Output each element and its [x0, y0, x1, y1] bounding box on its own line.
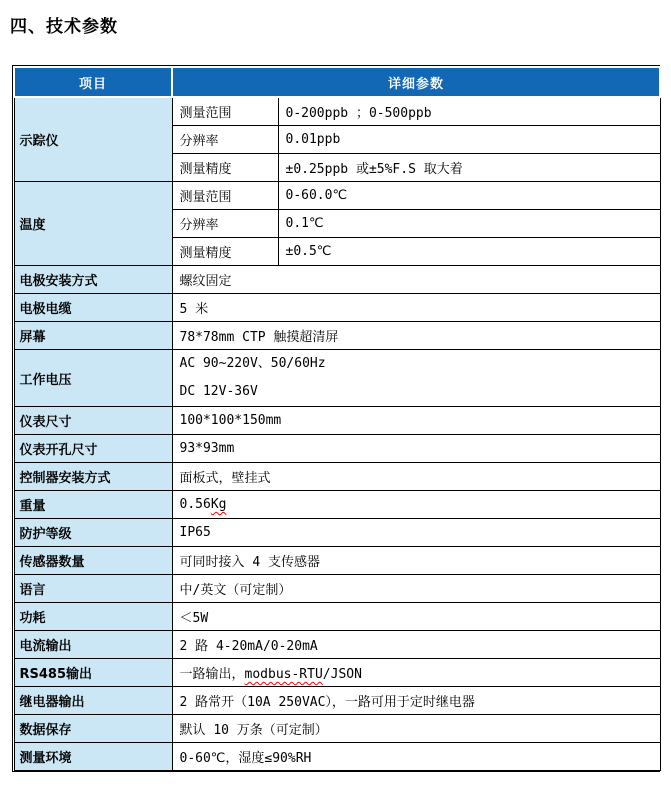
- table-row: 温度 测量范围 0-60.0℃: [14, 182, 660, 210]
- row-label: 仪表尺寸: [14, 407, 172, 435]
- param-value: 100*100*150mm: [172, 407, 660, 435]
- param-value: IP65: [172, 519, 660, 547]
- row-label: 工作电压: [14, 350, 172, 407]
- param-name: 测量范围: [172, 97, 278, 126]
- spellcheck-underlined-text: Kg: [211, 497, 227, 512]
- table-row: 测量环境 0-60℃，湿度≤90%RH: [14, 743, 660, 771]
- table-row: 仪表尺寸 100*100*150mm: [14, 407, 660, 435]
- table-header-row: 项目 详细参数: [14, 67, 660, 97]
- param-value: 0.01ppb: [278, 126, 660, 154]
- table-row: 数据保存 默认 10 万条（可定制）: [14, 715, 660, 743]
- table-row: 重量 0.56Kg: [14, 491, 660, 519]
- param-value: 默认 10 万条（可定制）: [172, 715, 660, 743]
- param-value: 78*78mm CTP 触摸超清屏: [172, 322, 660, 350]
- row-label: 测量环境: [14, 743, 172, 771]
- table-row: 工作电压 AC 90~220V、50/60Hz DC 12V-36V: [14, 350, 660, 407]
- param-value: ±0.25ppb 或±5%F.S 取大着: [278, 154, 660, 182]
- table-row: 屏幕 78*78mm CTP 触摸超清屏: [14, 322, 660, 350]
- row-label: 电极电缆: [14, 294, 172, 322]
- row-label-temperature: 温度: [14, 182, 172, 266]
- row-label: 继电器输出: [14, 687, 172, 715]
- page-title: 四、技术参数: [10, 12, 671, 37]
- table-row: 传感器数量 可同时接入 4 支传感器: [14, 547, 660, 575]
- param-value: AC 90~220V、50/60Hz DC 12V-36V: [172, 350, 660, 407]
- param-name: 测量精度: [172, 238, 278, 266]
- table-row: 电极安装方式 螺纹固定: [14, 266, 660, 294]
- table-row: 示踪仪 测量范围 0-200ppb ；0-500ppb: [14, 97, 660, 126]
- row-label: 传感器数量: [14, 547, 172, 575]
- table-row: 电极电缆 5 米: [14, 294, 660, 322]
- param-value: 面板式，壁挂式: [172, 463, 660, 491]
- row-label: 仪表开孔尺寸: [14, 435, 172, 463]
- value-text: 0.56: [180, 497, 211, 512]
- table-row: 功耗 ＜5W: [14, 603, 660, 631]
- param-name: 分辨率: [172, 126, 278, 154]
- param-name: 测量范围: [172, 182, 278, 210]
- param-value: 93*93mm: [172, 435, 660, 463]
- document-page: 四、技术参数 项目 详细参数 示踪仪 测量范围 0-200ppb ；0-500p…: [0, 0, 671, 786]
- row-label: RS485输出: [14, 659, 172, 687]
- row-label: 重量: [14, 491, 172, 519]
- param-value: 一路输出，modbus-RTU/JSON: [172, 659, 660, 687]
- table-row: 语言 中/英文（可定制）: [14, 575, 660, 603]
- param-value: 0-60.0℃: [278, 182, 660, 210]
- column-header-item: 项目: [14, 67, 172, 97]
- param-value: 0-60℃，湿度≤90%RH: [172, 743, 660, 771]
- column-header-params: 详细参数: [172, 67, 660, 97]
- table-row: 控制器安装方式 面板式，壁挂式: [14, 463, 660, 491]
- table-row: 防护等级 IP65: [14, 519, 660, 547]
- value-line-dc: DC 12V-36V: [173, 378, 660, 406]
- param-value: 0.1℃: [278, 210, 660, 238]
- row-label: 语言: [14, 575, 172, 603]
- param-value: 可同时接入 4 支传感器: [172, 547, 660, 575]
- spec-table: 项目 详细参数 示踪仪 测量范围 0-200ppb ；0-500ppb 分辨率 …: [12, 65, 660, 772]
- value-text: 一路输出，: [180, 667, 245, 682]
- row-label: 功耗: [14, 603, 172, 631]
- param-value: 2 路常开（10A 250VAC），一路可用于定时继电器: [172, 687, 660, 715]
- value-text: /JSON: [323, 667, 362, 682]
- row-label: 控制器安装方式: [14, 463, 172, 491]
- table-row: RS485输出 一路输出，modbus-RTU/JSON: [14, 659, 660, 687]
- param-value: ±0.5℃: [278, 238, 660, 266]
- param-value: 0.56Kg: [172, 491, 660, 519]
- row-label: 电极安装方式: [14, 266, 172, 294]
- param-value: ＜5W: [172, 603, 660, 631]
- param-value: 2 路 4-20mA/0-20mA: [172, 631, 660, 659]
- table-row: 仪表开孔尺寸 93*93mm: [14, 435, 660, 463]
- param-name: 分辨率: [172, 210, 278, 238]
- table-row: 电流输出 2 路 4-20mA/0-20mA: [14, 631, 660, 659]
- row-label: 防护等级: [14, 519, 172, 547]
- row-label: 屏幕: [14, 322, 172, 350]
- param-value: 0-200ppb ；0-500ppb: [278, 97, 660, 126]
- value-line-ac: AC 90~220V、50/60Hz: [173, 350, 660, 378]
- table-row: 继电器输出 2 路常开（10A 250VAC），一路可用于定时继电器: [14, 687, 660, 715]
- param-name: 测量精度: [172, 154, 278, 182]
- row-label: 数据保存: [14, 715, 172, 743]
- param-value: 中/英文（可定制）: [172, 575, 660, 603]
- spellcheck-underlined-text: modbus-RTU: [245, 667, 323, 682]
- row-label-tracer: 示踪仪: [14, 97, 172, 182]
- param-value: 5 米: [172, 294, 660, 322]
- row-label: 电流输出: [14, 631, 172, 659]
- param-value: 螺纹固定: [172, 266, 660, 294]
